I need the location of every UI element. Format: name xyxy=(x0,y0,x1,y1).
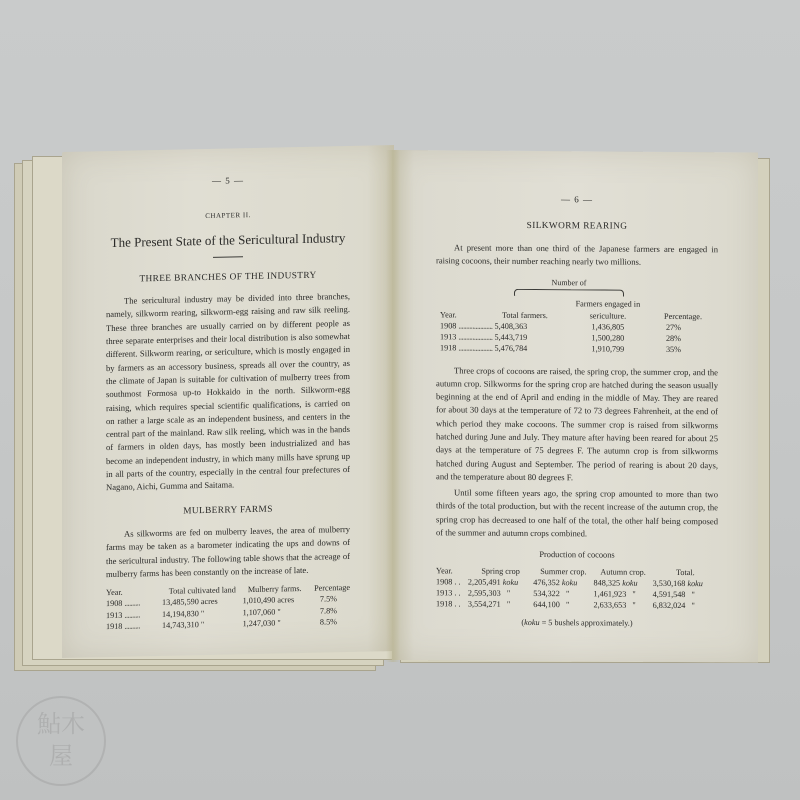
mulberry-cell: 1,247,030 " xyxy=(243,617,307,630)
spring-cell: 3,554,271 xyxy=(468,600,501,609)
ditto-mark: " xyxy=(507,600,510,609)
body-paragraph: Three crops of cocoons are raised, the s… xyxy=(436,364,718,486)
percentage-cell: 7.5% xyxy=(307,593,350,605)
table-footnote: (koku = 5 bushels approximately.) xyxy=(436,616,718,631)
section-heading: MULBERRY FARMS xyxy=(106,502,350,520)
total-cell: 4,591,548 xyxy=(653,590,686,599)
mulberry-farms-table: Year. Total cultivated land Mulberry far… xyxy=(106,582,350,632)
table-header-row: Year. Total farmers. Farmers engaged in … xyxy=(440,298,702,322)
page-number: — 6 — xyxy=(436,192,718,207)
group-label: Number of xyxy=(504,276,634,290)
table-row: 1918 . . 3,554,271 " 644,100 " 2,633,653… xyxy=(436,599,718,612)
ditto-mark: " xyxy=(632,590,635,599)
percentage-cell: 28% xyxy=(645,333,702,345)
ditto-mark: " xyxy=(566,589,569,598)
note-term: koku xyxy=(524,618,539,627)
column-header: Percentage xyxy=(307,582,350,594)
summer-cell: 534,322 xyxy=(533,589,560,598)
percentage-cell: 8.5% xyxy=(307,616,350,628)
percentage-cell: 35% xyxy=(645,344,702,356)
leader-dots: .......... xyxy=(124,621,139,630)
title-divider xyxy=(213,256,243,258)
unit: koku xyxy=(562,578,577,587)
note-text: = 5 bushels approximately.) xyxy=(540,618,633,628)
engaged-cell: 1,910,799 xyxy=(571,344,645,356)
total-cell: 3,530,168 xyxy=(653,579,686,588)
total-farmers-cell: 5,408,363 xyxy=(495,322,528,331)
column-header: Year. xyxy=(440,298,502,321)
engaged-cell: 1,500,280 xyxy=(571,332,645,344)
autumn-cell: 1,461,923 xyxy=(594,589,627,598)
column-header: Year. xyxy=(436,565,468,576)
ditto-mark: " xyxy=(507,589,510,598)
farmers-table: Year. Total farmers. Farmers engaged in … xyxy=(440,298,702,356)
land-cell: 14,743,310 " xyxy=(162,618,243,631)
leader-dots: .......... xyxy=(124,610,139,619)
body-paragraph: The sericultural industry may be divided… xyxy=(106,290,350,495)
farmers-table-block: Number of Year. Total farmers. Farmers e… xyxy=(436,275,718,355)
column-header: Total cultivated land xyxy=(162,584,243,597)
watermark-text: 鮎木屋 xyxy=(31,698,91,772)
section-heading: SILKWORM REARING xyxy=(436,220,718,235)
body-paragraph: At present more than one third of the Ja… xyxy=(436,241,718,270)
column-header: Spring crop xyxy=(468,565,533,577)
leader-dots: ...................... xyxy=(458,333,492,342)
year-cell: 1908 xyxy=(106,599,122,608)
section-heading: THREE BRANCHES OF THE INDUSTRY xyxy=(106,269,350,287)
unit: koku xyxy=(503,578,518,587)
spring-cell: 2,205,491 xyxy=(468,577,501,586)
leader-dots: ...................... xyxy=(458,321,492,330)
column-header: Autumn crop. xyxy=(594,566,653,578)
body-paragraph: As silkworms are fed on mulberry leaves,… xyxy=(106,523,350,581)
brace-divider xyxy=(514,289,624,297)
percentage-cell: 7.8% xyxy=(307,604,350,616)
seal-stamp-icon: 鮎木屋 xyxy=(16,696,106,786)
leader-dots: .......... xyxy=(124,599,139,608)
unit: koku xyxy=(622,578,637,587)
total-cell: 6,832,024 xyxy=(653,601,686,610)
summer-cell: 476,352 xyxy=(533,578,560,587)
ditto-mark: " xyxy=(632,601,635,610)
chapter-label: CHAPTER II. xyxy=(106,207,350,225)
year-cell: 1913 xyxy=(440,332,456,341)
ditto-mark: " xyxy=(566,600,569,609)
ditto-mark: " xyxy=(692,601,695,610)
year-cell: 1913 . . xyxy=(436,587,468,598)
body-paragraph: Until some fifteen years ago, the spring… xyxy=(436,486,718,541)
unit: koku xyxy=(687,579,702,588)
spring-cell: 2,595,303 xyxy=(468,589,501,598)
year-cell: 1908 . . xyxy=(436,576,468,587)
left-page: — 5 — CHAPTER II. The Present State of t… xyxy=(62,145,394,658)
column-header: Percentage. xyxy=(645,299,702,322)
summer-cell: 644,100 xyxy=(533,600,560,609)
table-row: 1918 ...................... 5,476,784 1,… xyxy=(440,343,702,356)
total-farmers-cell: 5,476,784 xyxy=(495,344,528,353)
column-header: Total. xyxy=(653,566,718,578)
column-header: Summer crop. xyxy=(533,566,593,578)
year-cell: 1918 . . xyxy=(436,599,468,610)
column-header: Farmers engaged in sericulture. xyxy=(571,299,645,322)
leader-dots: ...................... xyxy=(458,344,492,353)
autumn-cell: 2,633,653 xyxy=(594,601,627,610)
year-cell: 1918 xyxy=(106,621,122,630)
year-cell: 1913 xyxy=(106,610,122,619)
ditto-mark: " xyxy=(692,590,695,599)
book-gutter xyxy=(386,150,400,662)
right-page: — 6 — SILKWORM REARING At present more t… xyxy=(392,150,758,663)
page-number: — 5 — xyxy=(106,172,350,190)
cocoon-production-table: Year. Spring crop Summer crop. Autumn cr… xyxy=(436,565,718,612)
autumn-cell: 848,325 xyxy=(594,578,621,587)
year-cell: 1908 xyxy=(440,321,456,330)
chapter-title: The Present State of the Sericultural In… xyxy=(106,231,350,249)
column-header: Total farmers. xyxy=(502,298,571,321)
total-farmers-cell: 5,443,719 xyxy=(495,333,528,342)
engaged-cell: 1,436,805 xyxy=(571,321,645,333)
column-header: Mulberry farms. xyxy=(243,583,307,596)
percentage-cell: 27% xyxy=(645,322,702,334)
table-caption: Production of cocoons xyxy=(436,548,718,563)
year-cell: 1918 xyxy=(440,344,456,353)
